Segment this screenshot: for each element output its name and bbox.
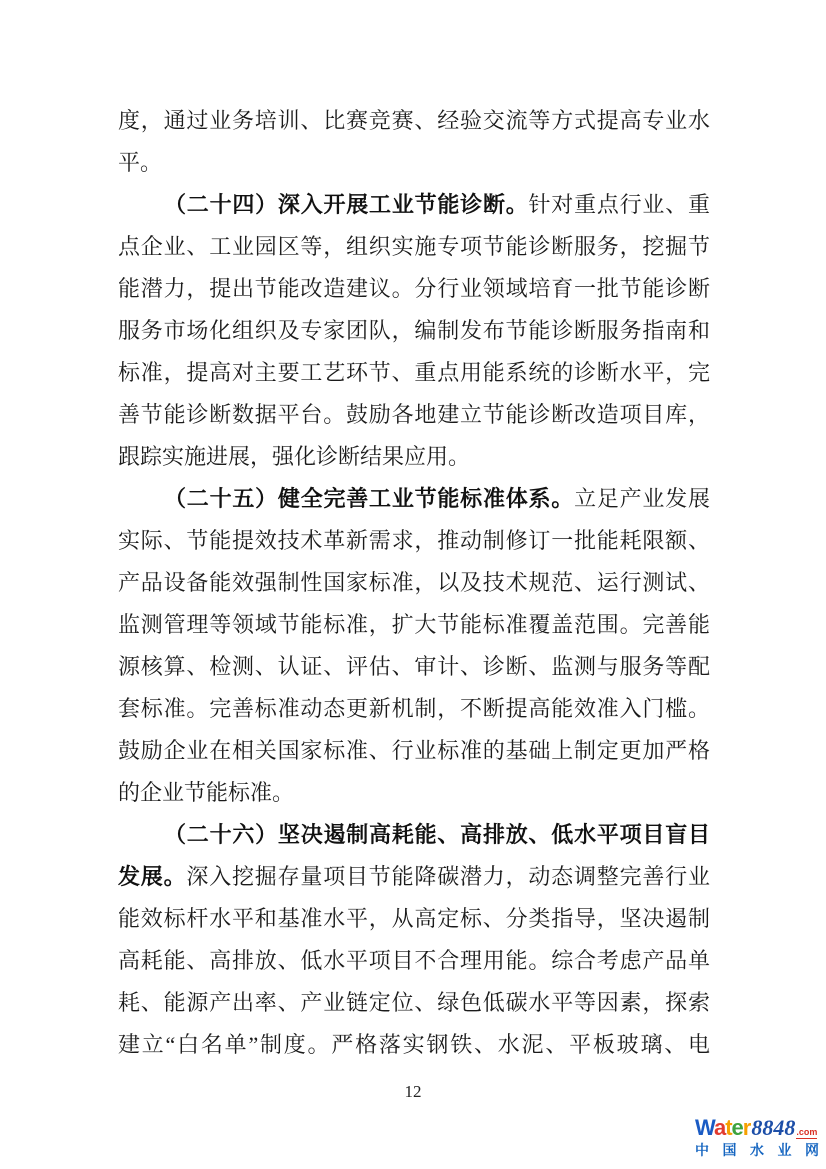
- text-segment-bold: 发展。: [118, 864, 186, 889]
- text-line: 套标准。完善标准动态更新机制，不断提高能效准入门槛。: [118, 688, 710, 730]
- text-line: 跟踪实施进展，强化诊断结果应用。: [118, 436, 710, 478]
- text-segment: 平。: [118, 150, 162, 175]
- brand-letter: e: [732, 1115, 743, 1140]
- text-segment: 度，通过业务培训、比赛竞赛、经验交流等方式提高专业水: [118, 108, 710, 133]
- water8848-tld: .com: [796, 1128, 817, 1139]
- text-segment: 标准，提高对主要工艺环节、重点用能系统的诊断水平，完: [118, 360, 710, 385]
- text-line: 建立“白名单”制度。严格落实钢铁、水泥、平板玻璃、电: [118, 1024, 710, 1066]
- text-segment-bold: （二十四）深入开展工业节能诊断。: [164, 192, 529, 217]
- text-line: 产品设备能效强制性国家标准，以及技术规范、运行测试、: [118, 562, 710, 604]
- text-segment: 立足产业发展: [574, 486, 710, 511]
- text-line: 度，通过业务培训、比赛竞赛、经验交流等方式提高专业水: [118, 100, 710, 142]
- brand-letter: W: [695, 1115, 714, 1140]
- text-segment: 产品设备能效强制性国家标准，以及技术规范、运行测试、: [118, 570, 710, 595]
- text-segment: 针对重点行业、重: [529, 192, 710, 217]
- text-line: 善节能诊断数据平台。鼓励各地建立节能诊断改造项目库，: [118, 394, 710, 436]
- text-line: 监测管理等领域节能标准，扩大节能标准覆盖范围。完善能: [118, 604, 710, 646]
- text-line: 发展。深入挖掘存量项目节能降碳潜力，动态调整完善行业: [118, 856, 710, 898]
- text-line: （二十四）深入开展工业节能诊断。针对重点行业、重: [118, 184, 710, 226]
- text-segment: 监测管理等领域节能标准，扩大节能标准覆盖范围。完善能: [118, 612, 710, 637]
- text-line: （二十五）健全完善工业节能标准体系。立足产业发展: [118, 478, 710, 520]
- site-name-char: 国: [723, 1143, 737, 1157]
- text-segment: 实际、节能提效技术革新需求，推动制修订一批能耗限额、: [118, 528, 710, 553]
- text-line: 服务市场化组织及专家团队，编制发布节能诊断服务指南和: [118, 310, 710, 352]
- water8848-wordmark: Water 8848 .com: [695, 1117, 819, 1139]
- text-segment: 深入挖掘存量项目节能降碳潜力，动态调整完善行业: [186, 864, 710, 889]
- site-name-char: 业: [778, 1143, 792, 1157]
- text-line: 耗、能源产出率、产业链定位、绿色低碳水平等因素，探索: [118, 982, 710, 1024]
- text-line: 高耗能、高排放、低水平项目不合理用能。综合考虑产品单: [118, 940, 710, 982]
- text-segment: 鼓励企业在相关国家标准、行业标准的基础上制定更加严格: [118, 738, 710, 763]
- water8848-brand-text: Water: [695, 1117, 750, 1139]
- site-name-char: 水: [750, 1143, 764, 1157]
- text-segment: 建立“白名单”制度。严格落实钢铁、水泥、平板玻璃、电: [118, 1032, 710, 1057]
- text-segment: 套标准。完善标准动态更新机制，不断提高能效准入门槛。: [118, 696, 710, 721]
- text-line: 点企业、工业园区等，组织实施专项节能诊断服务，挖掘节: [118, 226, 710, 268]
- text-segment: 的企业节能标准。: [118, 780, 294, 805]
- text-segment: 能潜力，提出节能改造建议。分行业领域培育一批节能诊断: [118, 276, 710, 301]
- text-segment: 源核算、检测、认证、评估、审计、诊断、监测与服务等配: [118, 654, 710, 679]
- text-line: 实际、节能提效技术革新需求，推动制修订一批能耗限额、: [118, 520, 710, 562]
- brand-letter: a: [714, 1115, 725, 1140]
- text-line: 的企业节能标准。: [118, 772, 710, 814]
- text-segment: 能效标杆水平和基准水平，从高定标、分类指导，坚决遏制: [118, 906, 710, 931]
- text-segment-bold: （二十五）健全完善工业节能标准体系。: [164, 486, 574, 511]
- site-name-char: 中: [695, 1143, 709, 1157]
- text-segment-bold: （二十六）坚决遏制高耗能、高排放、低水平项目盲目: [164, 822, 710, 847]
- text-segment: 跟踪实施进展，强化诊断结果应用。: [118, 444, 470, 469]
- document-body: 度，通过业务培训、比赛竞赛、经验交流等方式提高专业水平。（二十四）深入开展工业节…: [118, 100, 710, 1066]
- text-segment: 服务市场化组织及专家团队，编制发布节能诊断服务指南和: [118, 318, 710, 343]
- brand-letter: r: [743, 1115, 751, 1140]
- text-line: （二十六）坚决遏制高耗能、高排放、低水平项目盲目: [118, 814, 710, 856]
- text-line: 源核算、检测、认证、评估、审计、诊断、监测与服务等配: [118, 646, 710, 688]
- document-page: 度，通过业务培训、比赛竞赛、经验交流等方式提高专业水平。（二十四）深入开展工业节…: [0, 0, 826, 1169]
- text-line: 能潜力，提出节能改造建议。分行业领域培育一批节能诊断: [118, 268, 710, 310]
- text-line: 鼓励企业在相关国家标准、行业标准的基础上制定更加严格: [118, 730, 710, 772]
- text-segment: 耗、能源产出率、产业链定位、绿色低碳水平等因素，探索: [118, 990, 710, 1015]
- text-line: 能效标杆水平和基准水平，从高定标、分类指导，坚决遏制: [118, 898, 710, 940]
- text-line: 标准，提高对主要工艺环节、重点用能系统的诊断水平，完: [118, 352, 710, 394]
- water8848-logo: Water 8848 .com 中国水业网: [695, 1117, 819, 1157]
- text-line: 平。: [118, 142, 710, 184]
- site-name-chinese: 中国水业网: [695, 1143, 819, 1157]
- page-number: 12: [0, 1082, 826, 1102]
- text-segment: 高耗能、高排放、低水平项目不合理用能。综合考虑产品单: [118, 948, 710, 973]
- text-segment: 点企业、工业园区等，组织实施专项节能诊断服务，挖掘节: [118, 234, 710, 259]
- text-segment: 善节能诊断数据平台。鼓励各地建立节能诊断改造项目库，: [118, 402, 710, 427]
- water8848-number: 8848: [751, 1117, 795, 1139]
- site-name-char: 网: [805, 1143, 819, 1157]
